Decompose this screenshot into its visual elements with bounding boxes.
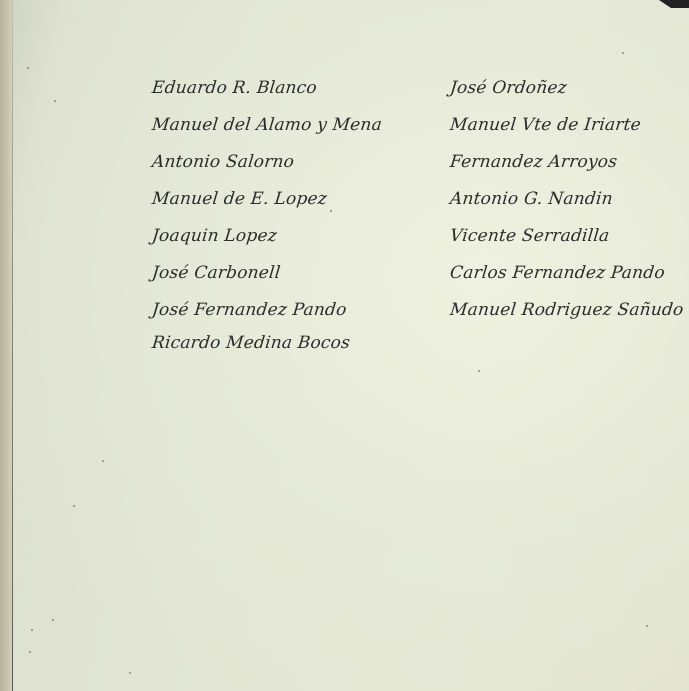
- signature: Antonio Salorno: [150, 144, 384, 181]
- signature: Manuel Vte de Iriarte: [448, 107, 685, 144]
- paper-speck: [646, 625, 648, 627]
- signature: Manuel de E. Lopez: [150, 181, 384, 218]
- paper-speck: [478, 370, 480, 372]
- paper-speck: [73, 505, 75, 507]
- paper-speck: [52, 619, 54, 621]
- paper-speck: [129, 672, 131, 674]
- signature: Fernandez Arroyos: [448, 144, 685, 181]
- signature: Joaquin Lopez: [150, 218, 384, 255]
- signature: Eduardo R. Blanco: [150, 70, 384, 107]
- signature: Carlos Fernandez Pando: [448, 255, 685, 292]
- signature-column-right: José Ordoñez Manuel Vte de Iriarte Ferna…: [450, 70, 683, 329]
- signature: Manuel del Alamo y Mena: [150, 107, 384, 144]
- signature: Antonio G. Nandin: [448, 181, 685, 218]
- paper-speck: [31, 629, 33, 631]
- signature: Vicente Serradilla: [448, 218, 685, 255]
- signature: José Fernandez Pando: [150, 292, 384, 329]
- paper-speck: [54, 100, 56, 102]
- paper-speck: [29, 651, 31, 653]
- scan-corner-shadow: [659, 0, 689, 8]
- signature: José Carbonell: [150, 255, 384, 292]
- page-edge-line: [12, 0, 13, 691]
- signature: José Ordoñez: [448, 70, 685, 107]
- signature-column-left: Eduardo R. Blanco Manuel del Alamo y Men…: [152, 70, 382, 357]
- paper-speck: [102, 460, 104, 462]
- paper-speck: [27, 67, 29, 69]
- paper-speck: [622, 52, 624, 54]
- document-page: Eduardo R. Blanco Manuel del Alamo y Men…: [0, 0, 689, 691]
- signature: Manuel Rodriguez Sañudo: [448, 292, 685, 329]
- signature: Ricardo Medina Bocos: [151, 329, 384, 357]
